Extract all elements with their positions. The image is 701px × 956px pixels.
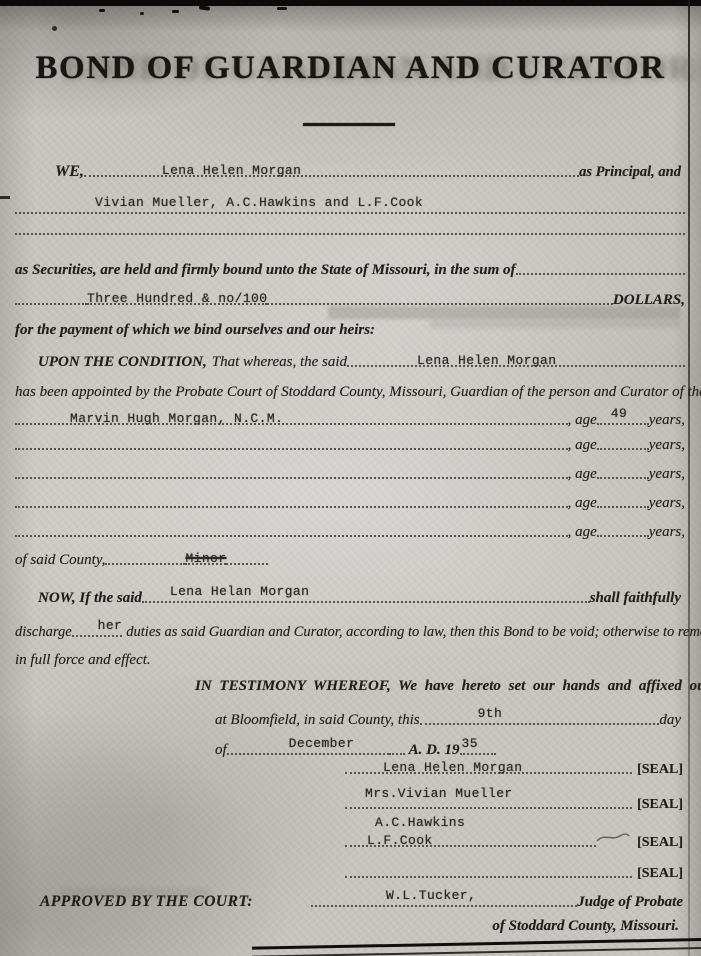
judge-county-row: of Stoddard County, Missouri.: [492, 916, 679, 936]
signature-row: [SEAL]: [345, 864, 683, 883]
age-label: , age: [568, 435, 597, 455]
blank-line-row: [15, 233, 685, 240]
approval-row: APPROVED BY THE COURT: W.L.Tucker, Judge…: [40, 888, 683, 912]
principal-name-line: Lena Helen Morgan: [84, 163, 579, 177]
scan-artifact-right-edge-line: [688, 0, 690, 956]
scan-artifact-top-fade: [0, 6, 701, 32]
signature-typed: Lena Helen Morgan: [383, 760, 522, 776]
years-label: years,: [649, 410, 685, 430]
of-label: of: [215, 740, 227, 760]
years-label: years,: [649, 493, 685, 513]
payment-clause-row: for the payment of which we bind ourselv…: [15, 320, 375, 340]
sum-line: [516, 273, 685, 275]
years-label: years,: [649, 435, 685, 455]
county-line-tail: [226, 563, 268, 565]
signature-row: L.F.Cook [SEAL]: [345, 832, 683, 852]
principal-row: WE, Lena Helen Morgan as Principal, and: [55, 162, 681, 182]
month-value-typed: December: [289, 736, 355, 752]
age-row-blank: , age years,: [15, 464, 685, 484]
amount-typed: Three Hundred & no/100: [87, 291, 267, 307]
month-line-tail: [389, 753, 405, 755]
name-line: [15, 535, 568, 537]
county-line-lead: [105, 563, 185, 565]
now-name-typed: Lena Helan Morgan: [170, 584, 309, 600]
age-value-line: [597, 448, 649, 450]
condition-name-line: Lena Helen Morgan: [347, 353, 685, 367]
pronoun-typed: her: [98, 618, 123, 634]
day-line: 9th: [420, 706, 660, 725]
signature-line: L.F.Cook: [345, 833, 596, 847]
testimony-row: IN TESTIMONY WHEREOF, We have hereto set…: [195, 676, 701, 696]
day-label: day: [659, 710, 681, 730]
condition-row: UPON THE CONDITION, That whereas, the sa…: [38, 352, 685, 372]
securities-names-row: Vivian Mueller, A.C.Hawkins and L.F.Cook: [15, 195, 685, 219]
discharge-clause-text: duties as said Guardian and Curator, acc…: [126, 622, 701, 642]
scan-artifact-left-dash: [0, 196, 10, 199]
age-value-line: [597, 506, 649, 508]
years-label: years,: [649, 464, 685, 484]
pronoun-line: her: [72, 618, 123, 637]
pen-squiggle-icon: [596, 832, 630, 844]
document-title: BOND OF GUARDIAN AND CURATOR: [0, 50, 701, 87]
scan-speck: [52, 26, 57, 31]
age-row-blank: , age years,: [15, 493, 685, 513]
discharge-row: discharge her duties as said Guardian an…: [15, 618, 687, 642]
scan-speck: [277, 7, 287, 10]
scan-artifact-ghost-band: [430, 320, 680, 328]
discharge-label: discharge: [15, 622, 72, 642]
month-year-row: of December A. D. 19 35: [215, 736, 496, 760]
blank-dotted-line: [15, 233, 685, 235]
condition-bold-label: UPON THE CONDITION,: [38, 352, 207, 372]
seal-label: [SEAL]: [637, 833, 683, 852]
age-value-line: [597, 535, 649, 537]
signature-line: [345, 807, 632, 809]
county-row: of said County, Minor: [15, 550, 268, 570]
ad-label: A. D. 19: [409, 740, 460, 760]
now-label: NOW, If the said: [38, 588, 142, 608]
securities-names-typed: Vivian Mueller, A.C.Hawkins and L.F.Cook: [95, 195, 423, 211]
age-value-line: 49: [597, 406, 649, 425]
approved-label: APPROVED BY THE COURT:: [40, 892, 253, 912]
force-clause-text: in full force and effect.: [15, 650, 151, 670]
appointed-clause-text: has been appointed by the Probate Court …: [15, 382, 701, 402]
signature-line: Lena Helen Morgan: [345, 760, 632, 774]
age-value-typed: 49: [611, 406, 627, 422]
seal-label: [SEAL]: [637, 795, 683, 814]
age-row-blank: , age years,: [15, 522, 685, 542]
age-label: , age: [568, 522, 597, 542]
now-row: NOW, If the said Lena Helan Morgan shall…: [38, 584, 681, 608]
signature-typed: A.C.Hawkins: [375, 815, 465, 831]
condition-rest-text: That whereas, the said: [212, 352, 347, 372]
ward-name-typed: Marvin Hugh Morgan, N.C.M.: [70, 411, 283, 427]
principal-name-typed: Lena Helen Morgan: [162, 163, 301, 179]
faithfully-label: shall faithfully: [590, 588, 681, 608]
year-value-typed: 35: [462, 736, 478, 752]
judge-name-typed: W.L.Tucker,: [386, 888, 476, 904]
title-divider-rule: [303, 123, 395, 126]
ward-row: Marvin Hugh Morgan, N.C.M. , age 49 year…: [15, 406, 685, 430]
years-label: years,: [649, 522, 685, 542]
age-label: , age: [568, 493, 597, 513]
minor-typed-struck: Minor: [185, 551, 226, 567]
month-line: December: [227, 736, 389, 755]
name-line: [15, 477, 568, 479]
signature-line: [345, 876, 632, 878]
name-line: [15, 506, 568, 508]
scan-speck: [172, 10, 179, 13]
signature-typed: L.F.Cook: [367, 833, 433, 849]
securities-clause-text: as Securities, are held and firmly bound…: [15, 260, 516, 280]
place-date-row: at Bloomfield, in said County, this 9th …: [215, 706, 681, 730]
age-row-blank: , age years,: [15, 435, 685, 455]
amount-line-lead: [15, 303, 87, 305]
amount-line: Three Hundred & no/100: [87, 291, 267, 305]
now-name-line: Lena Helan Morgan: [142, 584, 590, 603]
signature-row: Lena Helen Morgan [SEAL]: [345, 760, 683, 779]
scanned-bond-document: BOND OF GUARDIAN AND CURATOR WE, Lena He…: [0, 0, 701, 956]
seal-label: [SEAL]: [637, 760, 683, 779]
place-clause-text: at Bloomfield, in said County, this: [215, 710, 420, 730]
name-line: [15, 448, 568, 450]
scan-artifact-bottom-edge-line: [252, 938, 701, 956]
scan-speck: [199, 5, 210, 10]
amount-line-tail: [267, 303, 612, 305]
day-value-typed: 9th: [478, 706, 503, 722]
amount-row: Three Hundred & no/100 DOLLARS,: [15, 290, 685, 310]
scan-artifact-top-strip: [0, 0, 701, 6]
seal-label: [SEAL]: [637, 864, 683, 883]
scan-speck: [140, 12, 144, 15]
payment-clause-text: for the payment of which we bind ourselv…: [15, 320, 375, 340]
county-line: Minor: [185, 551, 226, 565]
age-label: , age: [568, 464, 597, 484]
judge-title-label: Judge of Probate: [577, 892, 683, 912]
testimony-clause-text: IN TESTIMONY WHEREOF, We have hereto set…: [195, 676, 701, 696]
age-label: , age: [568, 410, 597, 430]
year-line: 35: [460, 736, 496, 755]
ward-name-line: Marvin Hugh Morgan, N.C.M.: [15, 411, 568, 425]
signature-row: [SEAL]: [345, 795, 683, 814]
appointed-clause-row: has been appointed by the Probate Court …: [15, 382, 701, 402]
securities-clause-row: as Securities, are held and firmly bound…: [15, 260, 685, 280]
judge-signature-line: W.L.Tucker,: [311, 888, 577, 907]
we-label: WE,: [55, 162, 84, 182]
scan-speck: [99, 9, 105, 12]
force-row: in full force and effect.: [15, 650, 151, 670]
judge-county-text: of Stoddard County, Missouri.: [492, 916, 679, 936]
signature-name-row: A.C.Hawkins: [375, 815, 465, 831]
condition-name-typed: Lena Helen Morgan: [417, 353, 556, 369]
dollars-label: DOLLARS,: [613, 290, 685, 310]
as-principal-label: as Principal, and: [579, 162, 681, 182]
age-value-line: [597, 477, 649, 479]
securities-names-line: Vivian Mueller, A.C.Hawkins and L.F.Cook: [15, 195, 685, 214]
county-label: of said County,: [15, 550, 105, 570]
